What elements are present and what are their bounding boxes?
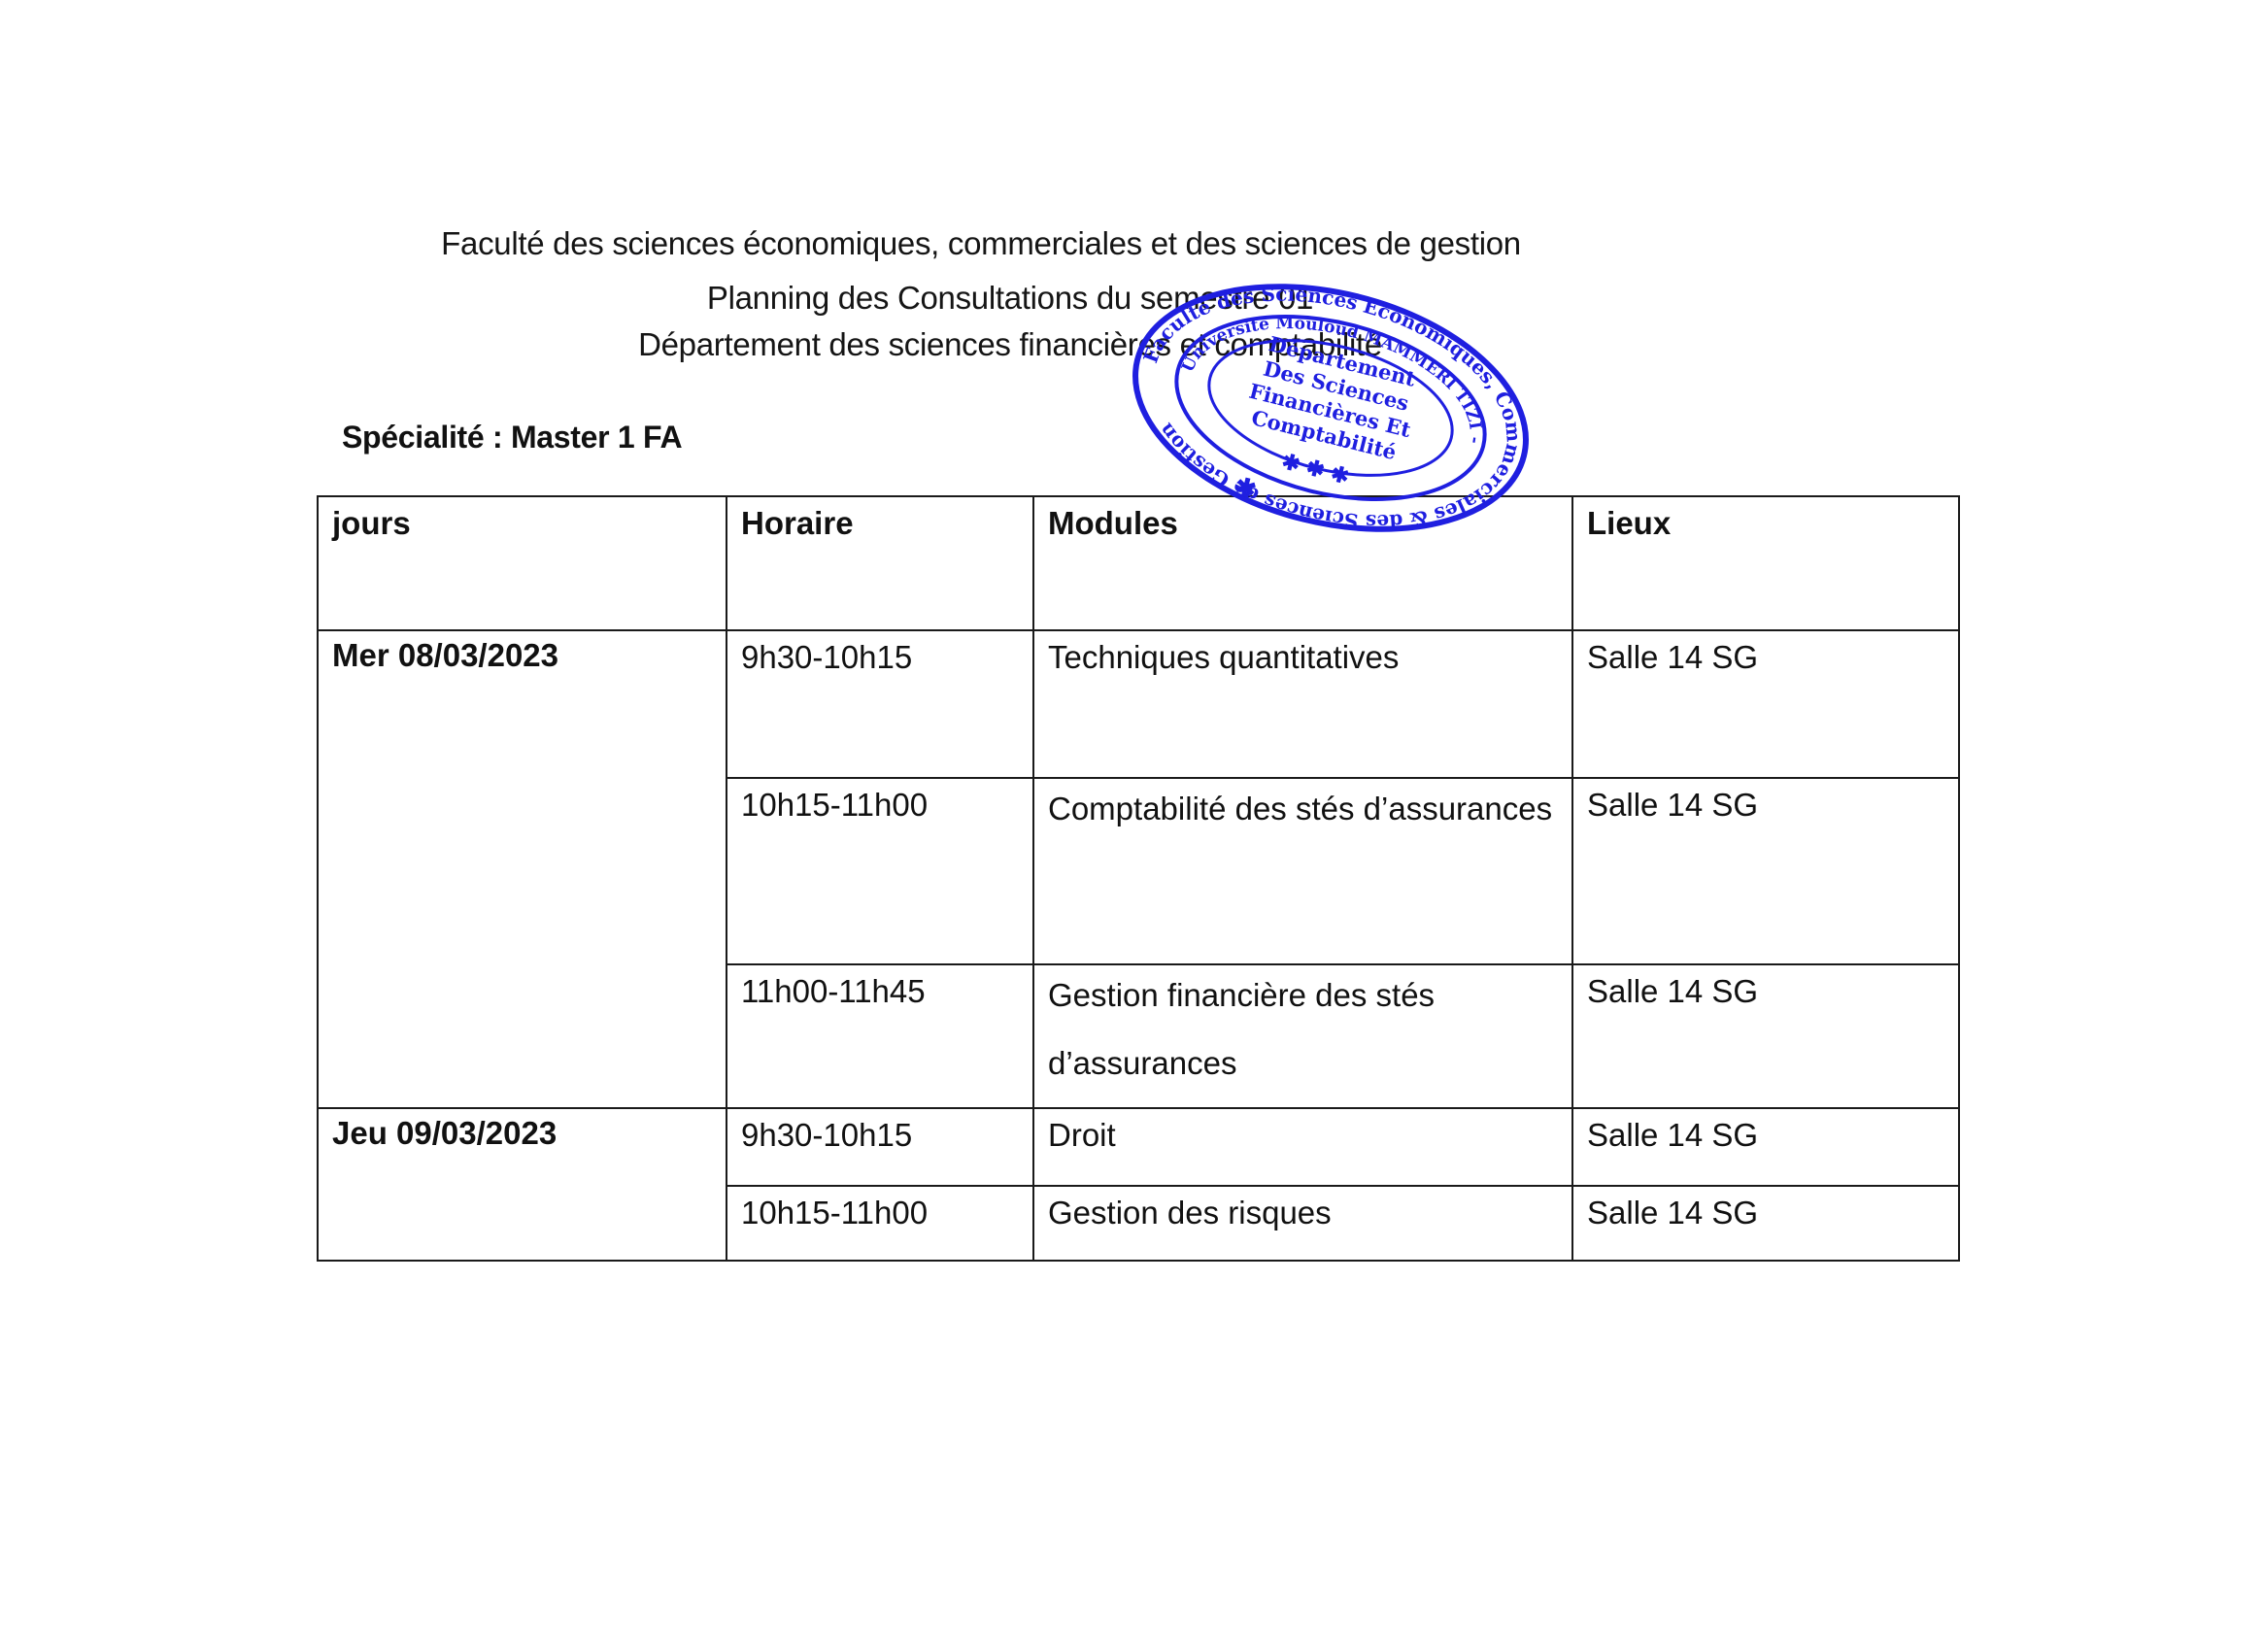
- module-text: Gestion financière des stés d’assurances: [1048, 961, 1558, 1097]
- module-cell: Comptabilité des stés d’assurances: [1033, 778, 1572, 964]
- column-header-modules: Modules: [1033, 496, 1572, 630]
- horaire-cell: 11h00-11h45: [727, 964, 1033, 1108]
- table-header-row: jours Horaire Modules Lieux: [318, 496, 1959, 630]
- module-cell: Gestion financière des stés d’assurances: [1033, 964, 1572, 1108]
- lieu-cell: Salle 14 SG: [1572, 964, 1959, 1108]
- horaire-cell: 10h15-11h00: [727, 778, 1033, 964]
- faculty-heading: Faculté des sciences économiques, commer…: [340, 225, 1622, 262]
- table-row: Jeu 09/03/2023 9h30-10h15 Droit Salle 14…: [318, 1108, 1959, 1186]
- stamp-inner-line: Comptabilité: [1249, 405, 1399, 464]
- day-label: Jeu 09/03/2023: [332, 1115, 557, 1151]
- planning-title: Planning des Consultations du semestre 0…: [369, 280, 1651, 317]
- lieu-cell: Salle 14 SG: [1572, 778, 1959, 964]
- column-header-horaire: Horaire: [727, 496, 1033, 630]
- department-heading: Département des sciences financières et …: [369, 326, 1651, 363]
- module-cell: Droit: [1033, 1108, 1572, 1186]
- lieu-cell: Salle 14 SG: [1572, 1186, 1959, 1261]
- specialite-label: Spécialité : Master 1 FA: [342, 420, 682, 455]
- stamp-stars-icon: ✱ ✱ ✱: [1279, 449, 1352, 489]
- horaire-cell: 9h30-10h15: [727, 1108, 1033, 1186]
- stamp-inner-line: Financières Et: [1247, 379, 1414, 443]
- table-row: Mer 08/03/2023 9h30-10h15 Techniques qua…: [318, 630, 1959, 778]
- module-text: Comptabilité des stés d’assurances: [1048, 775, 1558, 843]
- module-cell: Gestion des risques: [1033, 1186, 1572, 1261]
- day-label: Mer 08/03/2023: [332, 637, 558, 673]
- module-cell: Techniques quantitatives: [1033, 630, 1572, 778]
- day-cell: Mer 08/03/2023: [318, 630, 727, 1108]
- horaire-cell: 9h30-10h15: [727, 630, 1033, 778]
- day-cell: Jeu 09/03/2023: [318, 1108, 727, 1261]
- consultation-schedule-table: jours Horaire Modules Lieux Mer 08/03/20…: [317, 495, 1960, 1262]
- column-header-jours: jours: [318, 496, 727, 630]
- stamp-inner-line: Des Sciences: [1261, 356, 1411, 416]
- lieu-cell: Salle 14 SG: [1572, 630, 1959, 778]
- horaire-cell: 10h15-11h00: [727, 1186, 1033, 1261]
- column-header-lieux: Lieux: [1572, 496, 1959, 630]
- lieu-cell: Salle 14 SG: [1572, 1108, 1959, 1186]
